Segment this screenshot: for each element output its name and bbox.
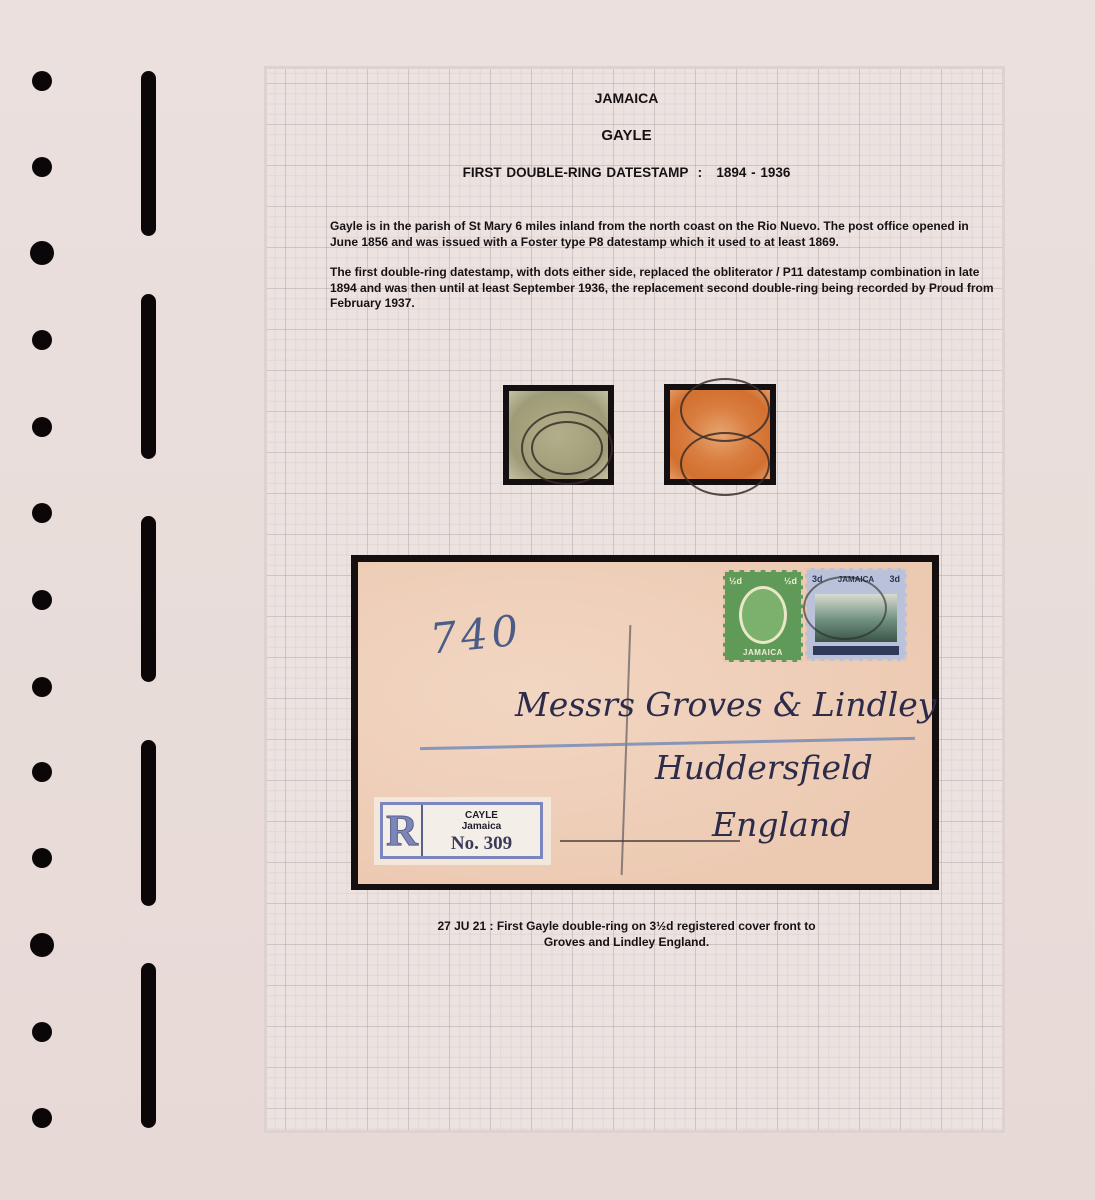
binder-slot	[141, 71, 156, 236]
punch-hole	[32, 1108, 52, 1128]
punch-hole	[32, 1022, 52, 1042]
binder-slot	[141, 963, 156, 1128]
punch-hole	[32, 848, 52, 868]
cover-caption: 27 JU 21 : First Gayle double-ring on 3½…	[264, 919, 989, 950]
stamp-frame	[813, 646, 899, 655]
punch-hole	[30, 241, 54, 265]
pictorial-3d-stamp: 3d 3d JAMAICA	[805, 568, 907, 661]
page-heading-country: JAMAICA	[264, 90, 989, 106]
registration-number: No. 309	[423, 833, 540, 855]
orange-stamp	[670, 390, 770, 479]
green-stamp	[509, 391, 608, 479]
punch-hole	[32, 71, 52, 91]
punch-hole	[32, 330, 52, 350]
postmark-ring	[680, 432, 770, 496]
punch-hole	[32, 762, 52, 782]
punch-hole	[32, 590, 52, 610]
datestamp-paragraph: The first double-ring datestamp, with do…	[330, 265, 995, 312]
caption-line-1: 27 JU 21 : First Gayle double-ring on 3½…	[264, 919, 989, 935]
punch-hole	[30, 933, 54, 957]
binder-slot	[141, 294, 156, 459]
punch-hole	[32, 677, 52, 697]
caption-line-2: Groves and Lindley England.	[264, 935, 989, 951]
punch-hole	[32, 157, 52, 177]
binder-slot	[141, 516, 156, 682]
stamp-label: JAMAICA	[725, 648, 801, 657]
postmark-ring	[803, 576, 887, 640]
registration-letter: R	[383, 805, 423, 856]
registration-office-name: CAYLE	[423, 810, 540, 821]
registration-office: CAYLE Jamaica	[423, 810, 540, 832]
king-portrait	[739, 586, 787, 644]
stamp-value: ½d	[784, 576, 797, 586]
address-line-1: Messrs Groves & Lindley	[515, 685, 936, 724]
intro-paragraph: Gayle is in the parish of St Mary 6 mile…	[330, 219, 995, 250]
page-heading-office: GAYLE	[264, 127, 989, 144]
postmark-ring	[531, 421, 603, 475]
kgv-half-penny-stamp: ½d ½d JAMAICA	[723, 570, 803, 662]
punch-hole	[32, 417, 52, 437]
page-heading-subject: FIRST DOUBLE-RING DATESTAMP : 1894 - 193…	[264, 165, 989, 180]
registration-country: Jamaica	[423, 821, 540, 832]
binder-slot	[141, 740, 156, 906]
stamp-mount	[503, 385, 614, 485]
stamp-value: ½d	[729, 576, 742, 586]
address-line-2: Huddersfield	[655, 748, 873, 787]
registration-label-frame: R CAYLE Jamaica No. 309	[380, 802, 543, 859]
registration-label: R CAYLE Jamaica No. 309	[374, 797, 551, 865]
address-line-3: England	[712, 805, 851, 844]
pencil-number: 740	[428, 605, 525, 663]
stamp-mount	[664, 384, 776, 485]
punch-hole	[32, 503, 52, 523]
